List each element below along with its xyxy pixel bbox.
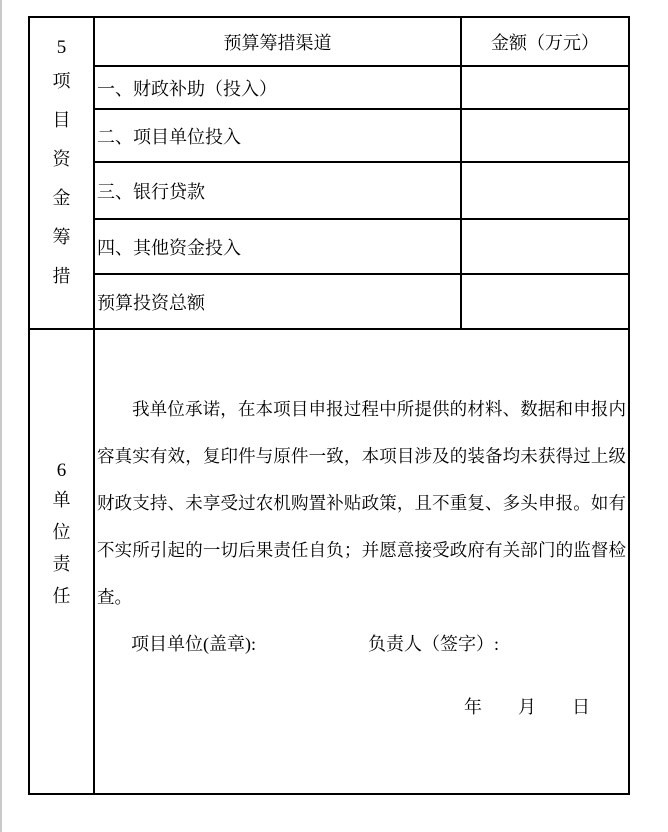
table-row: 二、项目单位投入 [95, 110, 628, 163]
funding-channel-cell: 三、银行贷款 [95, 163, 462, 218]
responsibility-cell: 我单位承诺，在本项目申报过程中所提供的材料、数据和申报内容真实有效，复印件与原件… [95, 330, 628, 793]
date-line: 年 月 日 [97, 684, 626, 731]
page-edge [0, 0, 2, 832]
commitment-statement: 我单位承诺，在本项目申报过程中所提供的材料、数据和申报内容真实有效，复印件与原件… [97, 386, 626, 621]
table-row: 一、财政补助（投入） [95, 67, 628, 110]
funding-amount-cell[interactable] [462, 110, 628, 161]
responsible-sign-label: 负责人（签字）: [368, 621, 499, 668]
unit-seal-label: 项目单位(盖章): [131, 621, 256, 668]
funding-amount-cell[interactable] [462, 275, 628, 328]
funding-amount-header: 金额（万元） [462, 18, 628, 65]
section-responsibility: 6 单位责任 我单位承诺，在本项目申报过程中所提供的材料、数据和申报内容真实有效… [30, 330, 628, 793]
signature-row: 项目单位(盖章): 负责人（签字）: [97, 621, 626, 668]
funding-channel-cell: 四、其他资金投入 [95, 220, 462, 273]
section-title-vertical: 项目资金筹措 [52, 62, 72, 296]
funding-amount-cell[interactable] [462, 67, 628, 108]
funding-channel-cell: 一、财政补助（投入） [95, 67, 462, 108]
funding-amount-cell[interactable] [462, 163, 628, 218]
table-row: 三、银行贷款 [95, 163, 628, 220]
section-funding-label-cell: 5 项目资金筹措 [30, 18, 95, 328]
funding-amount-cell[interactable] [462, 220, 628, 273]
section-number: 6 [57, 458, 67, 484]
funding-table: 预算筹措渠道 金额（万元） 一、财政补助（投入） 二、项目单位投入 三、银行贷款… [95, 18, 628, 328]
funding-channel-header: 预算筹措渠道 [95, 18, 462, 65]
section-responsibility-label-cell: 6 单位责任 [30, 330, 95, 793]
table-row: 预算投资总额 [95, 275, 628, 328]
table-row: 四、其他资金投入 [95, 220, 628, 275]
funding-channel-cell: 预算投资总额 [95, 275, 462, 328]
section-number: 5 [57, 34, 67, 62]
funding-header-row: 预算筹措渠道 金额（万元） [95, 18, 628, 67]
section-title-vertical: 单位责任 [52, 484, 72, 612]
funding-channel-cell: 二、项目单位投入 [95, 110, 462, 161]
section-funding: 5 项目资金筹措 预算筹措渠道 金额（万元） 一、财政补助（投入） 二、项目单位… [30, 18, 628, 330]
application-form-table: 5 项目资金筹措 预算筹措渠道 金额（万元） 一、财政补助（投入） 二、项目单位… [28, 16, 630, 795]
